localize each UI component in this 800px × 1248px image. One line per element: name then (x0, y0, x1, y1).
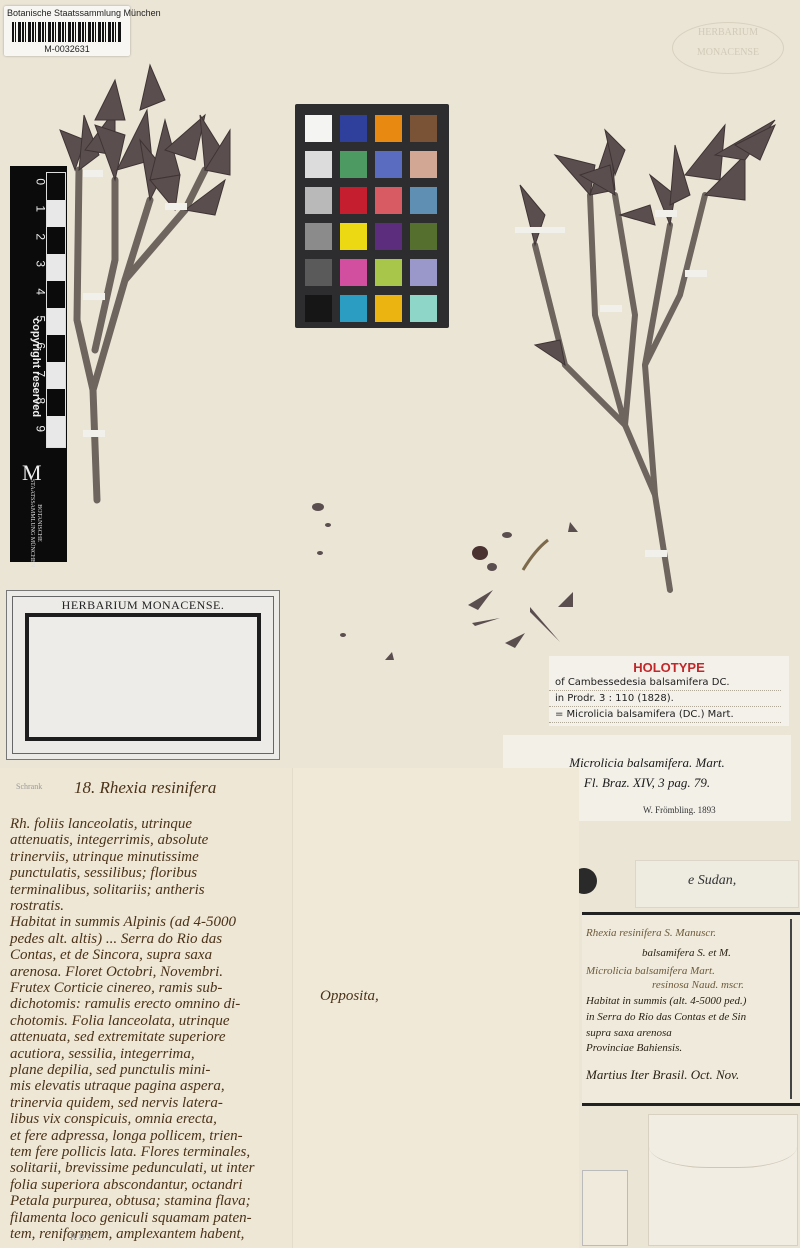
label-blank-frame (25, 613, 261, 741)
manuscript-heading: 18. Rhexia resinifera (74, 778, 216, 798)
mart-line: in Serra do Rio das Contas et de Sin (586, 1011, 746, 1023)
color-swatch (305, 223, 332, 250)
manuscript-line: arenosa. Floret Octobri, Novembri. (10, 964, 223, 981)
tick-label: 2 (20, 226, 47, 246)
mart-line: Microlicia balsamifera Mart. (586, 965, 715, 977)
copyright-text: copyright reserved (30, 318, 42, 458)
color-swatch (305, 259, 332, 286)
stamp-line1: HERBARIUM (673, 23, 783, 43)
logo-text: BOTANISCHE STAATSSAMMLUNG MÜNCHEN (28, 478, 42, 568)
color-swatch-grid (305, 115, 437, 322)
annotation-slip: e Sudan, (635, 860, 799, 908)
manuscript-line: Frutex Corticie cinereo, ramis sub- (10, 980, 222, 997)
color-swatch (375, 259, 402, 286)
color-swatch (340, 259, 367, 286)
pencil-note: R 8 3 (70, 1232, 92, 1243)
color-swatch (340, 295, 367, 322)
manuscript-line: rostratis. (10, 898, 64, 915)
manuscript-line: pedes alt. altis) ... Serra do Rio das (10, 931, 222, 948)
color-checker (295, 104, 449, 328)
manuscript-line: libus vix conspicuis, omnia erecta, (10, 1111, 217, 1128)
herbarium-label: HERBARIUM MONACENSE. (6, 590, 280, 760)
mart-line: Martius Iter Brasil. Oct. Nov. (586, 1067, 739, 1083)
color-swatch (340, 115, 367, 142)
color-swatch (340, 187, 367, 214)
color-swatch (410, 295, 437, 322)
manuscript-line: trinerviis, utrinque minutissime (10, 849, 199, 866)
det-signature: W. Frömbling. 1893 (643, 805, 716, 815)
holotype-heading: HOLOTYPE (549, 660, 789, 675)
manuscript-fold (292, 768, 579, 1248)
tick-label: 4 (20, 281, 47, 301)
manuscript-line: tem fere pollicis lata. Flores terminale… (10, 1144, 250, 1161)
loose-fragments (300, 495, 600, 675)
manuscript-line: et fere adpressa, longa pollicem, trien- (10, 1128, 243, 1145)
manuscript-line: Habitat in summis Alpinis (ad 4-5000 (10, 914, 236, 931)
manuscript-line: terminalibus, solitariis; antheris (10, 882, 205, 899)
margin-note: Schrank (16, 782, 42, 791)
color-swatch (375, 151, 402, 178)
color-swatch (340, 223, 367, 250)
manuscript-line: Contas, et de Sincora, supra saxa (10, 947, 212, 964)
color-swatch (410, 259, 437, 286)
holotype-line: in Prodr. 3 : 110 (1828). (549, 691, 781, 707)
annotation-text: e Sudan, (688, 873, 736, 889)
manuscript-line: mis elevatis utraque pagina aspera, (10, 1078, 225, 1095)
holotype-label: HOLOTYPE of Cambessedesia balsamifera DC… (549, 656, 789, 726)
color-swatch (340, 151, 367, 178)
mart-line: Rhexia resinifera S. Manuscr. (586, 927, 716, 939)
specimen-left (55, 60, 245, 510)
mini-ruler (582, 1170, 628, 1246)
mart-line: Provinciae Bahiensis. (586, 1042, 682, 1054)
mart-line: resinosa Naud. mscr. (652, 979, 744, 991)
manuscript-page: Schrank 18. Rhexia resinifera Rh. foliis… (0, 768, 578, 1248)
tick-label: 3 (20, 254, 47, 274)
holotype-line: of Cambessedesia balsamifera DC. (549, 675, 781, 691)
manuscript-line: acutiora, sessilia, integerrima, (10, 1046, 195, 1063)
color-swatch (305, 151, 332, 178)
stamp-line2: MONACENSE (673, 43, 783, 63)
color-swatch (305, 115, 332, 142)
color-swatch (410, 115, 437, 142)
manuscript-line: filamenta loco geniculi squamam paten- (10, 1210, 252, 1227)
color-swatch (375, 223, 402, 250)
color-swatch (305, 187, 332, 214)
herbarium-title: HERBARIUM MONACENSE. (7, 598, 279, 613)
fragment-envelope[interactable] (648, 1114, 798, 1246)
color-swatch (410, 151, 437, 178)
manuscript-line: attenuata, sed extremitate superiore (10, 1029, 226, 1046)
manuscript-line: solitarii, brevissime pedunculati, ut in… (10, 1160, 254, 1177)
manuscript-line: tem, reniformem, amplexantem habent, (10, 1226, 244, 1243)
mart-line: Habitat in summis (alt. 4-5000 ped.) (586, 995, 746, 1007)
barcode (12, 22, 122, 42)
manuscript-line: attenuatis, integerrimis, absolute (10, 832, 208, 849)
manuscript-line: punctulatis, sessilibus; floribus (10, 865, 197, 882)
catalog-number: M-0032631 (4, 44, 130, 54)
color-swatch (375, 115, 402, 142)
manuscript-line: Rh. foliis lanceolatis, utrinque (10, 816, 192, 833)
barcode-label: Botanische Staatssammlung München M-0032… (4, 6, 130, 56)
tick-label: 0 (20, 172, 47, 192)
color-swatch (410, 187, 437, 214)
manuscript-line: chotomis. Folia lanceolata, utrinque (10, 1013, 230, 1030)
color-swatch (375, 187, 402, 214)
manuscript-line: dichotomis: ramulis erecto omnino di- (10, 996, 240, 1013)
manuscript-line: folia superiora abscondantur, octandri (10, 1177, 243, 1194)
manuscript-right-note: Opposita, (320, 988, 379, 1005)
holotype-line: = Microlicia balsamifera (DC.) Mart. (549, 707, 781, 723)
mart-line: balsamifera S. et M. (642, 947, 731, 959)
institution-name: Botanische Staatssammlung München (7, 8, 161, 18)
martius-label: Rhexia resinifera S. Manuscr. balsamifer… (582, 912, 800, 1106)
color-swatch (305, 295, 332, 322)
tick-label: 1 (20, 199, 47, 219)
color-swatch (375, 295, 402, 322)
envelope-flap[interactable] (649, 1115, 797, 1168)
mart-line: supra saxa arenosa (586, 1027, 672, 1039)
manuscript-line: Petala purpurea, obtusa; stamina flava; (10, 1193, 251, 1210)
manuscript-line: plane depilia, sed punctulis mini- (10, 1062, 210, 1079)
color-swatch (410, 223, 437, 250)
manuscript-line: trinervia quidem, sed nervis latera- (10, 1095, 223, 1112)
